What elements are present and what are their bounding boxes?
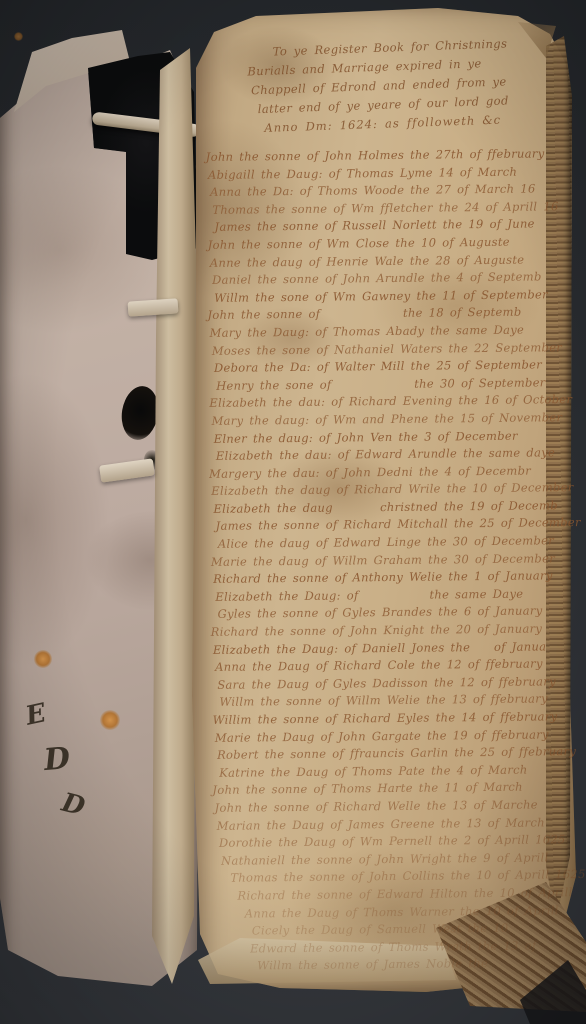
rust-spot xyxy=(34,650,52,668)
cover-ink-mark: D xyxy=(43,741,72,778)
register-entry-line: Willm the sonne of James Noble the xyxy=(257,954,572,975)
rust-spot xyxy=(100,710,120,730)
register-entries: John the sonne of John Holmes the 27th o… xyxy=(210,145,573,976)
register-heading: To ye Register Book for ChristningsBuria… xyxy=(246,33,561,139)
rust-spot xyxy=(14,32,23,41)
photo-background: E D D To ye Register Book for Christning… xyxy=(0,0,586,1024)
